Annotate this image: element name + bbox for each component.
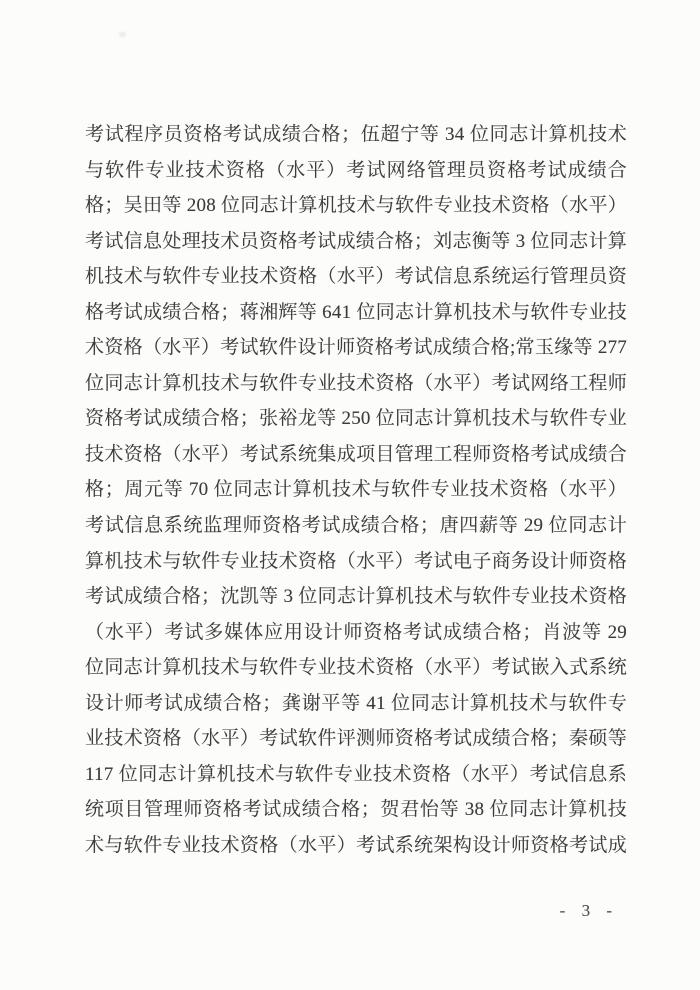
text-line: 统项目管理师资格考试成绩合格；贺君怡等 38 位同志计算机技 (85, 792, 627, 828)
text-line: 位同志计算机技术与软件专业技术资格（水平）考试嵌入式系统 (85, 650, 627, 686)
text-line: 与软件专业技术资格（水平）考试网络管理员资格考试成绩合 (85, 153, 627, 189)
text-line: 117 位同志计算机技术与软件专业技术资格（水平）考试信息系 (85, 757, 627, 793)
text-line: 考试程序员资格考试成绩合格；伍超宁等 34 位同志计算机技术 (85, 117, 627, 153)
text-line: 机技术与软件专业技术资格（水平）考试信息系统运行管理员资 (85, 259, 627, 295)
text-line: 术与软件专业技术资格（水平）考试系统架构设计师资格考试成 (85, 828, 627, 864)
scan-speck (119, 32, 126, 37)
text-line: 考试信息系统监理师资格考试成绩合格；唐四薪等 29 位同志计 (85, 508, 627, 544)
text-line: 技术资格（水平）考试系统集成项目管理工程师资格考试成绩合 (85, 437, 627, 473)
text-line: 算机技术与软件专业技术资格（水平）考试电子商务设计师资格 (85, 544, 627, 580)
text-line: 考试成绩合格；沈凯等 3 位同志计算机技术与软件专业技术资格 (85, 579, 627, 615)
text-line: （水平）考试多媒体应用设计师资格考试成绩合格；肖波等 29 (85, 615, 627, 651)
text-line: 位同志计算机技术与软件专业技术资格（水平）考试网络工程师 (85, 366, 627, 402)
text-line: 资格考试成绩合格；张裕龙等 250 位同志计算机技术与软件专业 (85, 401, 627, 437)
text-line: 格考试成绩合格；蒋湘辉等 641 位同志计算机技术与软件专业技 (85, 295, 627, 331)
text-line: 设计师考试成绩合格；龚谢平等 41 位同志计算机技术与软件专 (85, 686, 627, 722)
text-line: 考试信息处理技术员资格考试成绩合格；刘志衡等 3 位同志计算 (85, 224, 627, 260)
text-line: 业技术资格（水平）考试软件评测师资格考试成绩合格；秦硕等 (85, 721, 627, 757)
body-text: 考试程序员资格考试成绩合格；伍超宁等 34 位同志计算机技术 与软件专业技术资格… (85, 117, 627, 863)
text-line: 格；吴田等 208 位同志计算机技术与软件专业技术资格（水平） (85, 188, 627, 224)
text-line: 术资格（水平）考试软件设计师资格考试成绩合格;常玉缘等 277 (85, 330, 627, 366)
text-line: 格；周元等 70 位同志计算机技术与软件专业技术资格（水平） (85, 472, 627, 508)
page-number: - 3 - (560, 901, 618, 921)
document-page: 考试程序员资格考试成绩合格；伍超宁等 34 位同志计算机技术 与软件专业技术资格… (0, 0, 700, 990)
